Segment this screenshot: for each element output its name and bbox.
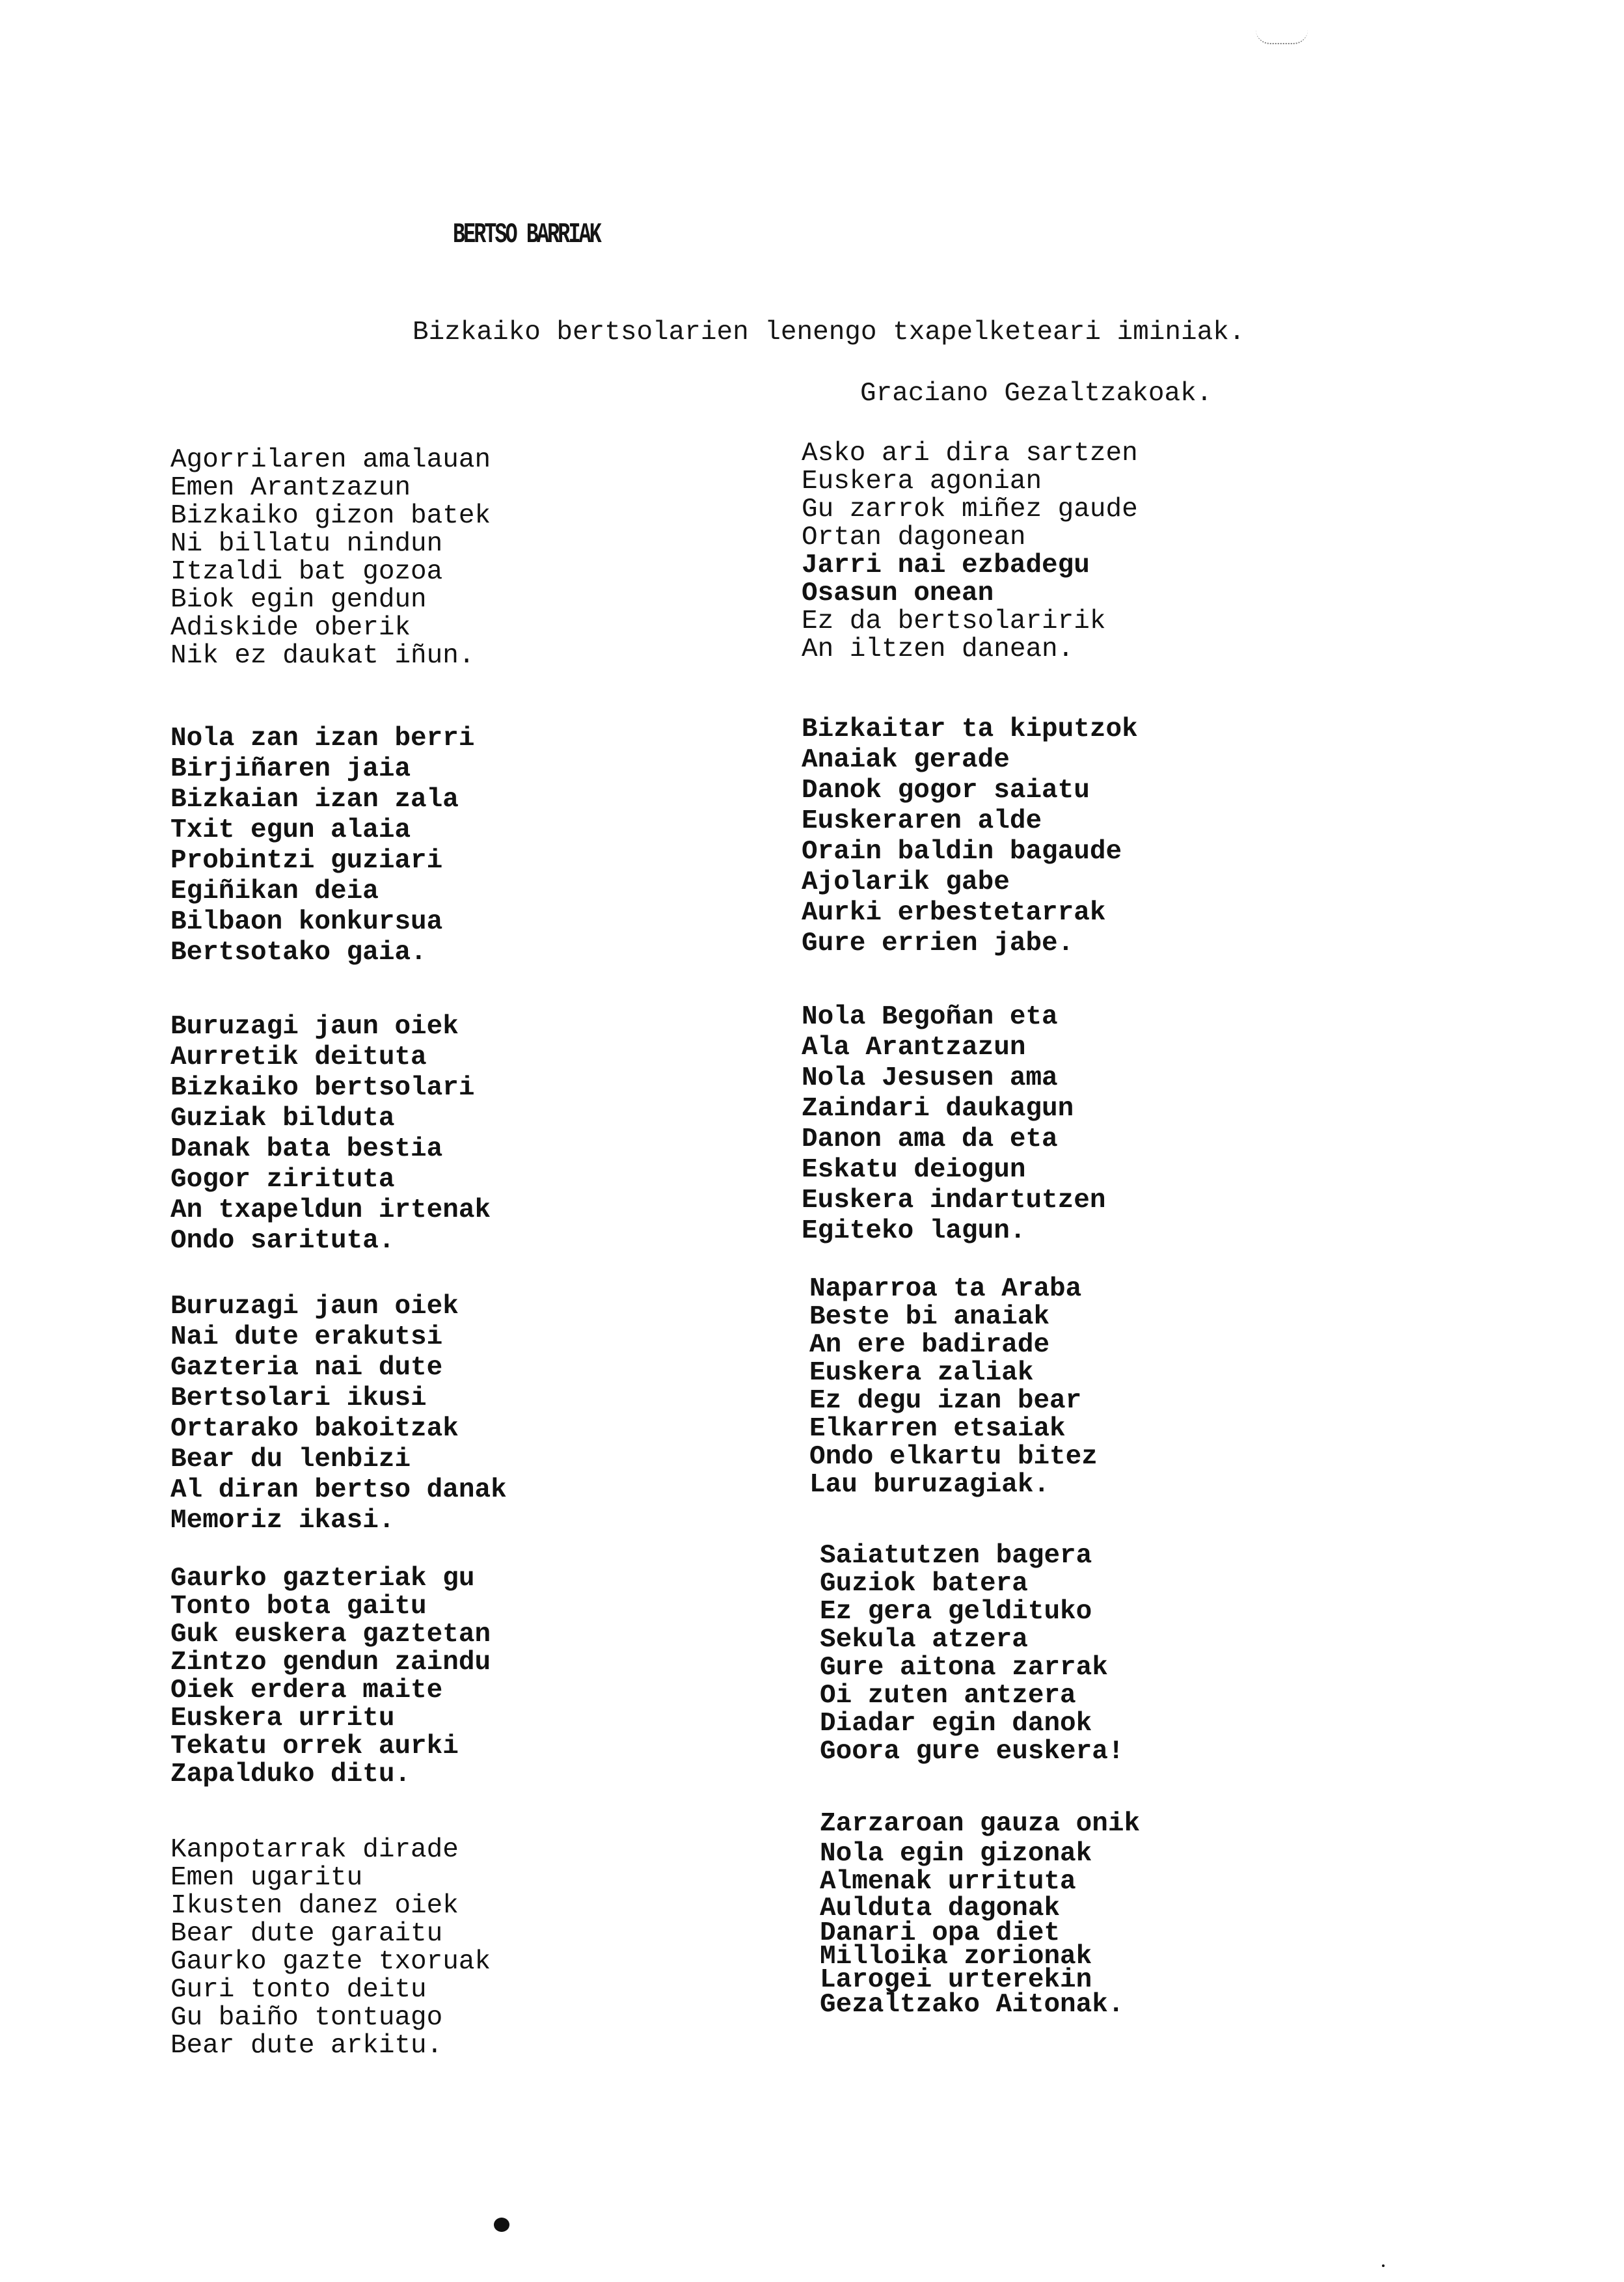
verse-line: Nai dute erakutsi <box>170 1322 507 1353</box>
verse-line: Danok gogor saiatu <box>802 776 1138 806</box>
stanza: Asko ari dira sartzen Euskera agonian Gu… <box>802 440 1138 664</box>
verse-line: Nola zan izan berri <box>170 724 474 754</box>
verse-line: Oiek erdera maite <box>170 1677 491 1705</box>
verse-line: Egiñikan deia <box>170 876 474 907</box>
verse-line: Sekula atzera <box>820 1626 1124 1654</box>
verse-line: Adiskide oberik <box>170 614 491 642</box>
verse-line: Emen Arantzazun <box>170 474 491 502</box>
verse-line: An txapeldun irtenak <box>170 1195 491 1226</box>
verse-line: Oi zuten antzera <box>820 1682 1124 1710</box>
verse-line: Gaurko gazteriak gu <box>170 1565 491 1593</box>
stanza: Nola Begoñan eta Ala Arantzazun Nola Jes… <box>802 1002 1105 1247</box>
verse-line: Bear dute arkitu. <box>170 2032 491 2060</box>
verse-line: Guziok batera <box>820 1570 1124 1598</box>
verse-line: Aurki erbestetarrak <box>802 898 1138 929</box>
verse-line: Agorrilaren amalauan <box>170 446 491 474</box>
verse-line: Orain baldin bagaude <box>802 837 1138 867</box>
stanza: Nola zan izan berri Birjiñaren jaia Bizk… <box>170 724 474 968</box>
stanza: Naparroa ta Araba Beste bi anaiak An ere… <box>809 1275 1098 1499</box>
document-title: BERTSO BARRIAK <box>453 219 600 251</box>
verse-line: Bizkaian izan zala <box>170 785 474 815</box>
verse-line: Ala Arantzazun <box>802 1033 1105 1063</box>
verse-line: Naparroa ta Araba <box>809 1275 1098 1303</box>
verse-line: Bear du lenbizi <box>170 1445 507 1475</box>
verse-line: Beste bi anaiak <box>809 1303 1098 1331</box>
verse-line: Aurretik deituta <box>170 1042 491 1073</box>
verse-line: Emen ugaritu <box>170 1864 491 1892</box>
verse-line: Birjiñaren jaia <box>170 754 474 785</box>
verse-line: Gu zarrok miñez gaude <box>802 496 1138 524</box>
verse-line: Nola Begoñan eta <box>802 1002 1105 1033</box>
verse-line: Gure aitona zarrak <box>820 1654 1124 1682</box>
verse-line: Guri tonto deitu <box>170 1976 491 2004</box>
document-subtitle: Bizkaiko bertsolarien lenengo txapelkete… <box>413 318 1245 347</box>
verse-line: Danak bata bestia <box>170 1134 491 1165</box>
verse-line: Ondo elkartu bitez <box>809 1443 1098 1471</box>
verse-line: Danon ama da eta <box>802 1124 1105 1155</box>
verse-line: Al diran bertso danak <box>170 1475 507 1506</box>
verse-line: Itzaldi bat gozoa <box>170 558 491 586</box>
verse-line: Jarri nai ezbadegu <box>802 552 1138 580</box>
verse-line: Bertsotako gaia. <box>170 938 474 968</box>
stanza: Saiatutzen bagera Guziok batera Ez gera … <box>820 1542 1124 1766</box>
verse-line: Nola Jesusen ama <box>802 1063 1105 1094</box>
stanza: Gaurko gazteriak gu Tonto bota gaitu Guk… <box>170 1565 491 1789</box>
verse-line: Buruzagi jaun oiek <box>170 1012 491 1042</box>
verse-line: Osasun onean <box>802 580 1138 608</box>
verse-line: Gu baiño tontuago <box>170 2004 491 2032</box>
stanza: Kanpotarrak dirade Emen ugaritu Ikusten … <box>170 1836 491 2060</box>
verse-line: Euskera urritu <box>170 1705 491 1733</box>
verse-line: Aulduta dagonak <box>820 1895 1140 1922</box>
verse-line: Bertsolari ikusi <box>170 1383 507 1414</box>
verse-line: Tekatu orrek aurki <box>170 1733 491 1761</box>
verse-line: Guk euskera gaztetan <box>170 1621 491 1649</box>
verse-line: Zaindari daukagun <box>802 1094 1105 1124</box>
verse-line: Gure errien jabe. <box>802 929 1138 959</box>
verse-line: Bear dute garaitu <box>170 1920 491 1948</box>
verse-line: Nola egin gizonak <box>820 1840 1140 1868</box>
ink-speck <box>1382 2264 1385 2267</box>
verse-line: Gogor zirituta <box>170 1165 491 1195</box>
verse-line: Euskera zaliak <box>809 1359 1098 1387</box>
verse-line: Zarzaroan gauza onik <box>820 1809 1140 1840</box>
verse-line: Bizkaiko gizon batek <box>170 502 491 530</box>
verse-line: Larogei urterekin <box>820 1968 1140 1992</box>
typewritten-page: BERTSO BARRIAK Bizkaiko bertsolarien len… <box>0 0 1624 2282</box>
verse-line: Nik ez daukat iñun. <box>170 642 491 670</box>
verse-line: Ondo sarituta. <box>170 1226 491 1256</box>
verse-line: Txit egun alaia <box>170 815 474 846</box>
verse-line: Ikusten danez oiek <box>170 1892 491 1920</box>
stanza: Agorrilaren amalauan Emen Arantzazun Biz… <box>170 446 491 670</box>
stanza: Bizkaitar ta kiputzok Anaiak gerade Dano… <box>802 714 1138 959</box>
verse-line: Diadar egin danok <box>820 1710 1124 1738</box>
verse-line: Zintzo gendun zaindu <box>170 1649 491 1677</box>
verse-line: Biok egin gendun <box>170 586 491 614</box>
verse-line: Gazteria nai dute <box>170 1353 507 1383</box>
verse-line: Lau buruzagiak. <box>809 1471 1098 1499</box>
verse-line: Gezaltzako Aitonak. <box>820 1992 1140 2018</box>
ink-dot <box>494 2218 509 2232</box>
ink-smudge <box>1256 30 1308 44</box>
verse-line: Anaiak gerade <box>802 745 1138 776</box>
verse-line: Guziak bilduta <box>170 1104 491 1134</box>
verse-line: Euskera indartutzen <box>802 1186 1105 1216</box>
verse-line: Egiteko lagun. <box>802 1216 1105 1247</box>
verse-line: Ortarako bakoitzak <box>170 1414 507 1445</box>
verse-line: Bizkaiko bertsolari <box>170 1073 491 1104</box>
verse-line: Eskatu deiogun <box>802 1155 1105 1186</box>
verse-line: Euskera agonian <box>802 468 1138 496</box>
verse-line: An iltzen danean. <box>802 636 1138 664</box>
stanza: Zarzaroan gauza onik Nola egin gizonak A… <box>820 1809 1140 2018</box>
verse-line: Goora gure euskera! <box>820 1738 1124 1766</box>
verse-line: Ortan dagonean <box>802 524 1138 552</box>
stanza: Buruzagi jaun oiek Nai dute erakutsi Gaz… <box>170 1292 507 1536</box>
verse-line: Gaurko gazte txoruak <box>170 1948 491 1976</box>
verse-line: Saiatutzen bagera <box>820 1542 1124 1570</box>
verse-line: Asko ari dira sartzen <box>802 440 1138 468</box>
verse-line: Euskeraren alde <box>802 806 1138 837</box>
verse-line: Ez da bertsolaririk <box>802 608 1138 636</box>
document-author: Graciano Gezaltzakoak. <box>860 379 1212 409</box>
verse-line: Buruzagi jaun oiek <box>170 1292 507 1322</box>
verse-line: Probintzi guziari <box>170 846 474 876</box>
verse-line: Ez gera geldituko <box>820 1598 1124 1626</box>
verse-line: Bizkaitar ta kiputzok <box>802 714 1138 745</box>
verse-line: Elkarren etsaiak <box>809 1415 1098 1443</box>
verse-line: Bilbaon konkursua <box>170 907 474 938</box>
verse-line: Zapalduko ditu. <box>170 1761 491 1789</box>
verse-line: Memoriz ikasi. <box>170 1506 507 1536</box>
verse-line: Kanpotarrak dirade <box>170 1836 491 1864</box>
verse-line: Ni billatu nindun <box>170 530 491 558</box>
verse-line: Ajolarik gabe <box>802 867 1138 898</box>
verse-line: An ere badirade <box>809 1331 1098 1359</box>
verse-line: Almenak urrituta <box>820 1868 1140 1895</box>
stanza: Buruzagi jaun oiek Aurretik deituta Bizk… <box>170 1012 491 1256</box>
verse-line: Ez degu izan bear <box>809 1387 1098 1415</box>
verse-line: Tonto bota gaitu <box>170 1593 491 1621</box>
